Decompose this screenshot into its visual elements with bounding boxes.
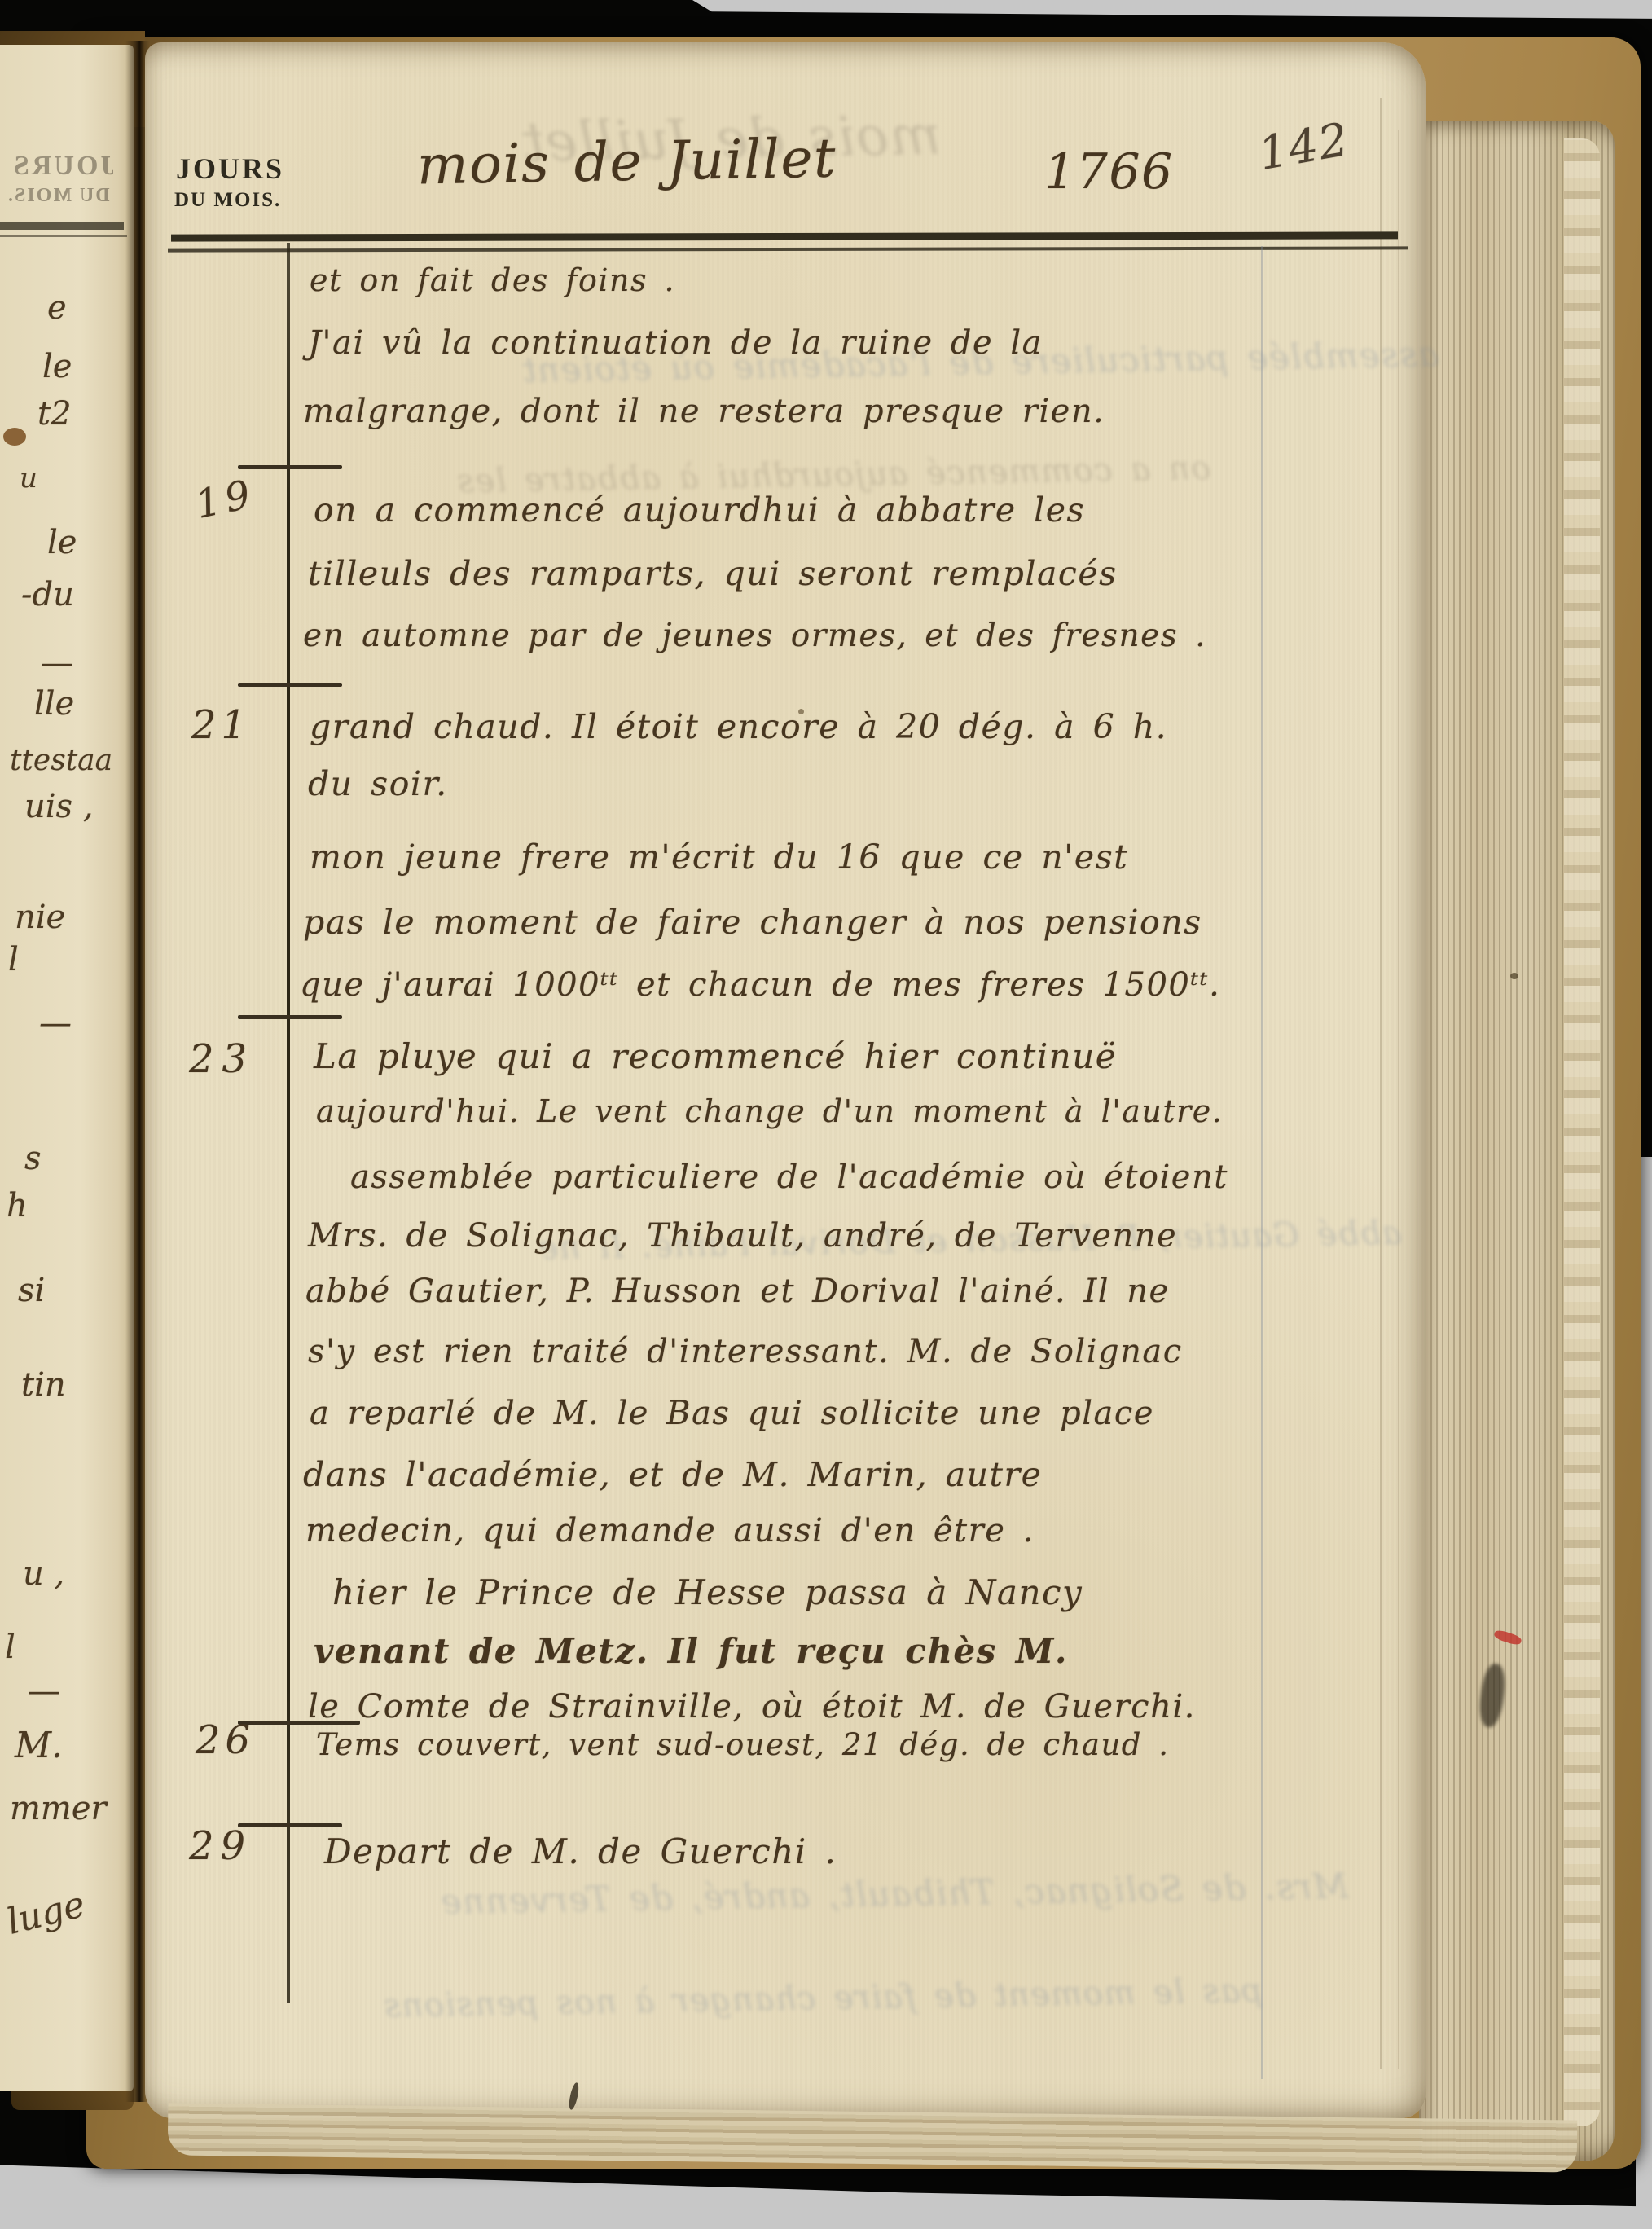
entry-line: tilleuls des ramparts, qui seront rempla… (308, 554, 1118, 593)
entry-divider-tick (238, 465, 342, 469)
paper-blemish (3, 428, 26, 446)
entry-line: Depart de M. de Guerchi . (324, 1831, 837, 1871)
entry-line: Tems couvert, vent sud-ouest, 21 dég. de… (316, 1727, 1170, 1762)
day-number: 29 (189, 1823, 252, 1869)
header-du-mois-label: DU MOIS. (174, 189, 281, 212)
fragment: luge (2, 1884, 89, 1943)
previous-page-rule-thin (0, 235, 127, 237)
fragment: u , (23, 1555, 64, 1593)
day-column-rule (287, 243, 290, 2003)
fragment: l (8, 941, 19, 978)
fragment: — (39, 1005, 72, 1042)
fragment: t2 (37, 395, 72, 433)
entry-line: le Comte de Strainville, où étoit M. de … (308, 1688, 1196, 1726)
entry-line: hier le Prince de Hesse passa à Nancy (332, 1572, 1083, 1612)
previous-page-edge: JOURS DU MOIS. e le t2 u le -du — lle tt… (0, 45, 134, 2091)
day-number: 21 (191, 702, 251, 748)
fragment: -du (21, 576, 74, 613)
fragment: nie (15, 899, 65, 936)
previous-page-header-du-mois: DU MOIS. (7, 185, 110, 207)
entry-line: mon jeune frere m'écrit du 16 que ce n'e… (310, 838, 1128, 877)
page-crease (1398, 130, 1399, 2069)
manuscript-scan: JOURS DU MOIS. e le t2 u le -du — lle tt… (0, 0, 1652, 2229)
ink-speck (798, 709, 804, 714)
entry-line: a reparlé de M. le Bas qui sollicite une… (310, 1395, 1154, 1432)
fragment: tin (21, 1366, 66, 1404)
header-jours-label: JOURS (176, 152, 284, 186)
entry-line: grand chaud. Il étoit encore à 20 dég. à… (310, 707, 1167, 746)
scanner-strip-top (692, 0, 1652, 21)
fragment: u (20, 462, 37, 495)
entry-line: aujourd'hui. Le vent change d'un moment … (316, 1093, 1223, 1129)
entry-line: on a commencé aujourdhui à abbatre les (314, 490, 1085, 530)
edge-speck (1510, 973, 1518, 979)
fragment: le (42, 348, 72, 385)
fragment: le (47, 524, 77, 561)
fragment: lle (34, 685, 74, 723)
year: 1766 (1044, 143, 1174, 200)
previous-page-rule (0, 222, 124, 230)
page-stack-flaked-edge (1564, 138, 1600, 2126)
entry-divider-tick (238, 1823, 342, 1827)
fragment: ttestaa (10, 744, 112, 777)
fragment: M. (15, 1725, 63, 1766)
day-number: 23 (189, 1036, 255, 1082)
entry-line: s'y est rien traité d'interessant. M. de… (308, 1333, 1183, 1370)
fragment: uis , (24, 788, 94, 825)
entry-line: venant de Metz. Il fut reçu chès M. (314, 1631, 1068, 1671)
entry-line: dans l'académie, et de M. Marin, autre (303, 1455, 1042, 1494)
entry-line: pas le moment de faire changer à nos pen… (303, 903, 1202, 942)
entry-line: Mrs. de Solignac, Thibault, andré, de Te… (308, 1217, 1177, 1255)
entry-line: malgrange, dont il ne restera presque ri… (303, 393, 1105, 430)
entry-line: du soir. (308, 764, 448, 803)
fragment: mmer (10, 1790, 107, 1827)
fragment: e (47, 289, 67, 327)
month-title: mois de Juillet (416, 127, 837, 197)
entry-line: medecin, qui demande aussi d'en être . (305, 1512, 1035, 1550)
fragment: — (41, 644, 73, 682)
entry-divider-tick (238, 683, 342, 687)
entry-divider-tick (238, 1015, 342, 1019)
fragment: — (28, 1673, 60, 1710)
entry-line: en automne par de jeunes ormes, et des f… (303, 618, 1206, 654)
entry-line: abbé Gautier, P. Husson et Dorival l'ain… (305, 1273, 1170, 1310)
fragment: si (18, 1272, 45, 1309)
entry-line: La pluye qui a recommencé hier continuë (314, 1036, 1117, 1076)
page-crease (1380, 98, 1382, 2069)
entry-line: que j'aurai 1000ᵗᵗ et chacun de mes frer… (300, 966, 1220, 1004)
fragment: l (5, 1629, 15, 1666)
entry-line: J'ai vû la continuation de la ruine de l… (308, 324, 1043, 362)
fragment: s (24, 1140, 42, 1177)
margin-crease-line (1261, 246, 1263, 2079)
fragment: h (7, 1187, 28, 1224)
entry-line: assemblée particuliere de l'académie où … (350, 1158, 1228, 1196)
entry-line: et on fait des foins . (310, 262, 675, 298)
previous-page-header-jours: JOURS (11, 151, 114, 182)
day-number: 26 (196, 1717, 255, 1763)
